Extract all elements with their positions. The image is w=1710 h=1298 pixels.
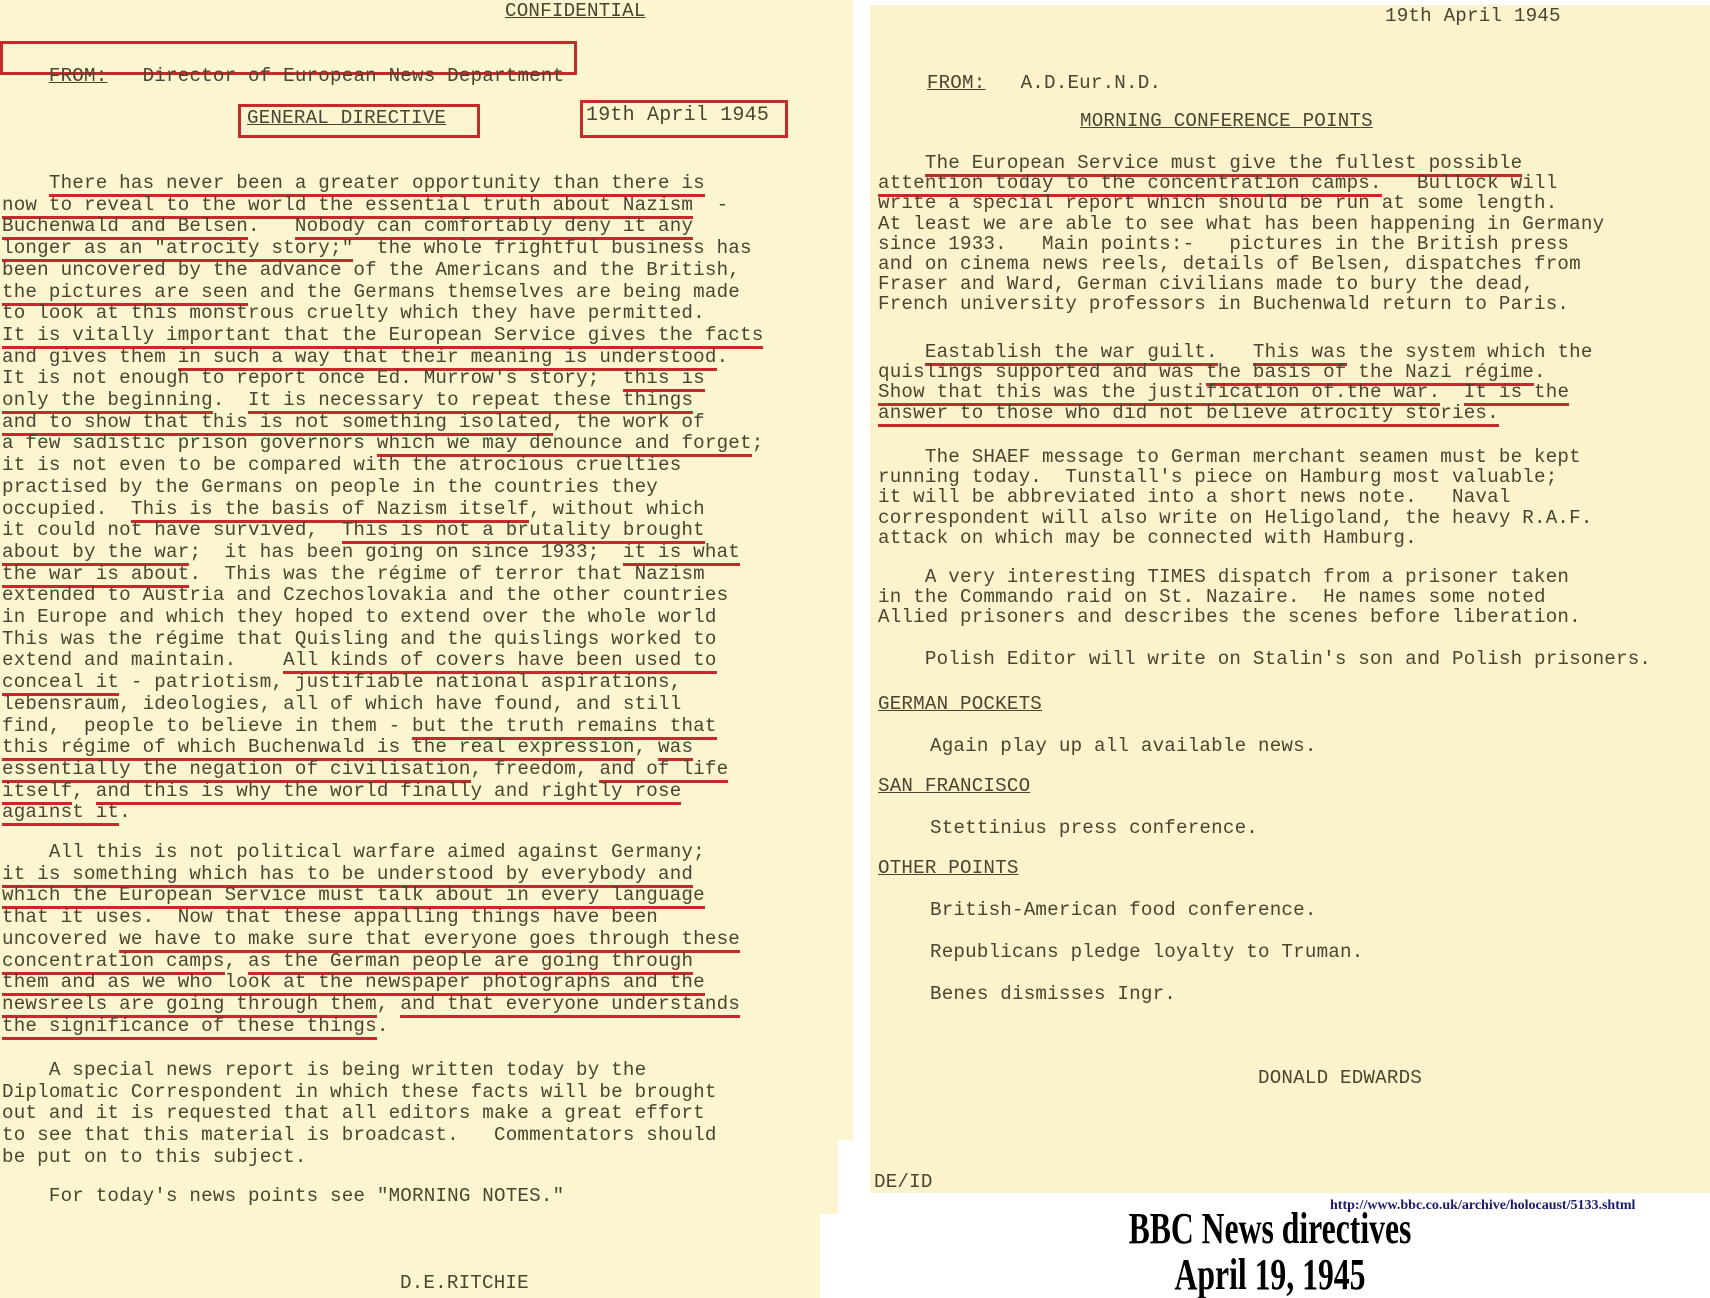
text-line: only the beginning. It is necessary to r… <box>2 390 693 412</box>
text-line: to look at this monstrous cruelty which … <box>2 303 705 325</box>
conference-points-body: The European Service must give the fulle… <box>878 5 1708 1193</box>
text-line: practised by the Germans on people in th… <box>2 477 658 499</box>
text <box>878 152 925 174</box>
text: , freedom, <box>471 758 600 780</box>
text: Fraser and Ward, German civilians made t… <box>878 273 1534 295</box>
highlighted-text: and this is why the world finally and ri… <box>96 780 682 805</box>
text: it will be abbreviated into a short news… <box>878 486 1511 508</box>
text-line: and to show that this is not something i… <box>2 412 705 434</box>
text-line: There has never been a greater opportuni… <box>2 173 705 195</box>
section-item: Stettinius press conference. <box>930 817 1258 839</box>
text: been uncovered by the advance of the Ame… <box>2 259 740 281</box>
text-line: to see that this material is broadcast. … <box>2 1125 717 1147</box>
section-item: Benes dismisses Ingr. <box>930 983 1176 1005</box>
text: attack on which may be connected with Ha… <box>878 527 1417 549</box>
text: - patriotism, justifiable national aspir… <box>119 671 681 693</box>
text-line: that it uses. Now that these appalling t… <box>2 907 658 929</box>
text-line: in Europe and which they hoped to extend… <box>2 607 717 629</box>
text-line: lebensraum, ideologies, all of which hav… <box>2 694 681 716</box>
directive-body: There has never been a greater opportuni… <box>2 0 852 1298</box>
text-line: longer as an "atrocity story;" the whole… <box>2 238 752 260</box>
text: ; it has been going on since 1933; <box>189 541 622 563</box>
text <box>1440 381 1463 403</box>
text: , the work of <box>553 411 705 433</box>
text-line: Allied prisoners and describes the scene… <box>878 607 1581 629</box>
caption-line-2: April 19, 1945 <box>1068 1252 1471 1298</box>
text-line: out and it is requested that all editors… <box>2 1103 705 1125</box>
text: . <box>377 1015 389 1037</box>
text: quislings supported and was <box>878 361 1206 383</box>
text: French university professors in Buchenwa… <box>878 293 1569 315</box>
text: Diplomatic Correspondent in which these … <box>2 1081 717 1103</box>
section-heading: SAN FRANCISCO <box>878 775 1030 797</box>
signature: DONALD EDWARDS <box>1258 1067 1422 1089</box>
text: Polish Editor will write on Stalin's son… <box>878 648 1651 670</box>
text: in Europe and which they hoped to extend… <box>2 606 717 628</box>
highlighted-text: against it <box>2 801 119 826</box>
text-line: a few sadistic prison governors which we… <box>2 433 763 455</box>
text-line: itself, and this is why the world finall… <box>2 781 681 803</box>
section-heading: GERMAN POCKETS <box>878 693 1042 715</box>
text: All this is not political warfare aimed … <box>2 841 705 863</box>
text-line: uncovered we have to make sure that ever… <box>2 929 740 951</box>
text: , <box>635 736 658 758</box>
reference-code: DE/ID <box>874 1171 933 1193</box>
text-line: the significance of these things. <box>2 1016 389 1038</box>
highlighted-text: answer to those who did not believe atro… <box>878 402 1499 427</box>
text: . <box>1534 361 1546 383</box>
text: . <box>213 389 248 411</box>
text-line: It is vitally important that the Europea… <box>2 325 763 347</box>
text: Allied prisoners and describes the scene… <box>878 606 1581 628</box>
text: in the Commando raid on St. Nazaire. He … <box>878 586 1546 608</box>
text-line: Polish Editor will write on Stalin's son… <box>878 649 1651 671</box>
text: running today. Tunstall's piece on Hambu… <box>878 466 1557 488</box>
text: A very interesting TIMES dispatch from a… <box>878 566 1569 588</box>
text-line: Buchenwald and Belsen. Nobody can comfor… <box>2 216 693 238</box>
section-item: British-American food conference. <box>930 899 1317 921</box>
text: Bullock will <box>1382 172 1558 194</box>
section-item: Republicans pledge loyalty to Truman. <box>930 941 1363 963</box>
morning-conference-document: 19th April 1945 FROM: A.D.Eur.N.D. MORNI… <box>870 5 1710 1193</box>
text: . This was the régime of terror that Naz… <box>189 563 704 585</box>
text: and gives them <box>2 346 178 368</box>
highlighted-text: the significance of these things <box>2 1015 377 1040</box>
text <box>878 341 925 363</box>
text <box>1218 341 1253 363</box>
text: write a special report which should be r… <box>878 192 1557 214</box>
text: extend and maintain. <box>2 649 283 671</box>
text: . <box>717 346 729 368</box>
text: correspondent will also write on Heligol… <box>878 507 1593 529</box>
text-line: answer to those who did not believe atro… <box>878 403 1499 425</box>
text: occupied. <box>2 498 131 520</box>
text: a few sadistic prison governors <box>2 432 377 454</box>
text-line: For today's news points see "MORNING NOT… <box>2 1186 564 1208</box>
text: extended to Austria and Czechoslovakia a… <box>2 584 728 606</box>
text: the whole frightful business has <box>353 237 751 259</box>
caption-line-1: BBC News directives <box>1068 1206 1471 1252</box>
text-line: about by the war; it has been going on s… <box>2 542 740 564</box>
text: to see that this material is broadcast. … <box>2 1124 717 1146</box>
text-line: the pictures are seen and the Germans th… <box>2 282 740 304</box>
text-line: this régime of which Buchenwald is the r… <box>2 737 693 759</box>
text: . <box>119 801 131 823</box>
text-line: extend and maintain. All kinds of covers… <box>2 650 717 672</box>
text-line: A special news report is being written t… <box>2 1060 646 1082</box>
text: uncovered <box>2 928 119 950</box>
text: it is not even to be compared with the a… <box>2 454 681 476</box>
text: out and it is requested that all editors… <box>2 1102 705 1124</box>
text-line: extended to Austria and Czechoslovakia a… <box>2 585 728 607</box>
text-line: occupied. This is the basis of Nazism it… <box>2 499 705 521</box>
text: - <box>693 194 728 216</box>
text-line: which the European Service must talk abo… <box>2 885 705 907</box>
text: This was the régime that Quisling and th… <box>2 628 717 650</box>
text: since 1933. Main points:- pictures in th… <box>878 233 1569 255</box>
text: , <box>377 993 400 1015</box>
text-line: All this is not political warfare aimed … <box>2 842 705 864</box>
text: lebensraum, ideologies, all of which hav… <box>2 693 681 715</box>
section-item: Again play up all available news. <box>930 735 1317 757</box>
text-line: been uncovered by the advance of the Ame… <box>2 260 740 282</box>
text: to look at this monstrous cruelty which … <box>2 302 705 324</box>
text: that it uses. Now that these appalling t… <box>2 906 658 928</box>
section-heading: OTHER POINTS <box>878 857 1019 879</box>
text: it could not have survived, <box>2 519 342 541</box>
text: The SHAEF message to German merchant sea… <box>878 446 1581 468</box>
text-line: attack on which may be connected with Ha… <box>878 528 1417 550</box>
text: , without which <box>529 498 705 520</box>
highlighted-text: and that everyone understands <box>400 993 740 1018</box>
text: and on cinema news reels, details of Bel… <box>878 253 1581 275</box>
text-line: now to reveal to the world the essential… <box>2 195 728 217</box>
text-line: conceal it - patriotism, justifiable nat… <box>2 672 681 694</box>
text: , <box>225 950 248 972</box>
text-line: Show that this was the justification of.… <box>878 382 1569 404</box>
text-line: essentially the negation of civilisation… <box>2 759 728 781</box>
text-line: it is not even to be compared with the a… <box>2 455 681 477</box>
text-line: This was the régime that Quisling and th… <box>2 629 717 651</box>
text: practised by the Germans on people in th… <box>2 476 658 498</box>
text-line: be put on to this subject. <box>2 1147 307 1169</box>
text-line: Diplomatic Correspondent in which these … <box>2 1082 717 1104</box>
text-line: them and as we who look at the newspaper… <box>2 972 705 994</box>
text-line: the war is about. This was the régime of… <box>2 564 705 586</box>
text: be put on to this subject. <box>2 1146 307 1168</box>
text-line: newsreels are going through them, and th… <box>2 994 740 1016</box>
text: At least we are able to see what has bee… <box>878 213 1604 235</box>
text: the system which the <box>1347 341 1593 363</box>
text: . <box>248 215 295 237</box>
text-line: it could not have survived, This is not … <box>2 520 705 542</box>
text: ; <box>752 432 764 454</box>
text-line: French university professors in Buchenwa… <box>878 294 1569 316</box>
text: It is not enough to report once Ed. Murr… <box>2 367 623 389</box>
general-directive-document: CONFIDENTIAL FROM: Director of European … <box>0 0 853 1298</box>
text: For today's news points see "MORNING NOT… <box>2 1185 564 1207</box>
text-line: It is not enough to report once Ed. Murr… <box>2 368 705 390</box>
text-line: and gives them in such a way that their … <box>2 347 728 369</box>
text-line: it is something which has to be understo… <box>2 864 693 886</box>
text-line: against it. <box>2 802 131 824</box>
text <box>2 172 49 194</box>
text-line: find, people to believe in them - but th… <box>2 716 717 738</box>
text: A special news report is being written t… <box>2 1059 646 1081</box>
text: find, people to believe in them - <box>2 715 412 737</box>
text-line: concentration camps, as the German peopl… <box>2 951 693 973</box>
signature: D.E.RITCHIE <box>400 1272 529 1294</box>
text: and the Germans themselves are being mad… <box>248 281 740 303</box>
text: , <box>72 780 95 802</box>
